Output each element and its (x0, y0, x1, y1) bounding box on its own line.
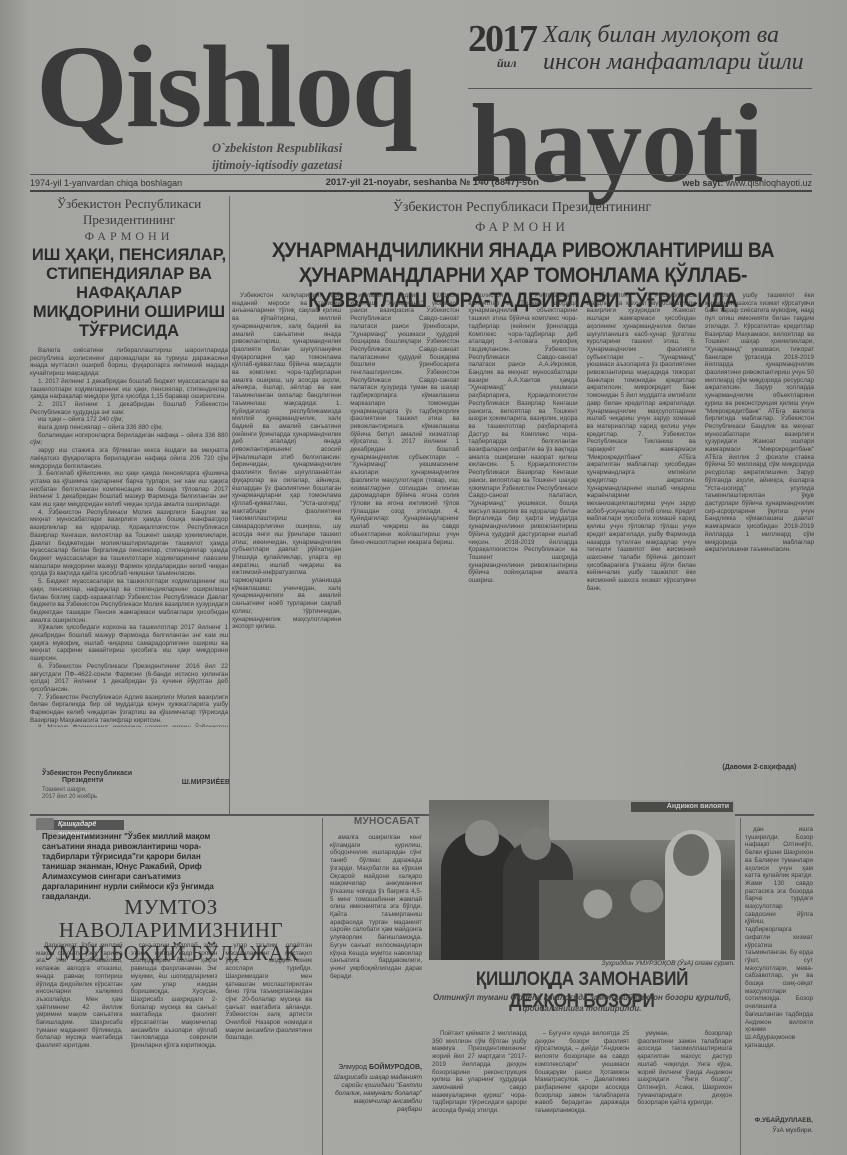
paragraph: 7. Ўзбекистон Республикаси Адлия вазирли… (30, 694, 228, 725)
paragraph: Валюта сиёсатини либераллаштириш шароитл… (30, 347, 228, 378)
signature-name: Ш.МИРЗИЁЕВ (182, 779, 230, 786)
paragraph: умуман, бозорлар фаолиятини замон талабл… (637, 1030, 732, 1107)
paragraph: 6. Ўзбекистон Республикаси Президентинин… (30, 663, 228, 694)
paragraph: санъатини қадрлаб, элда эъзоз, юртда қад… (131, 942, 218, 1050)
munosabat-byline-role: Шаҳрисабз шаҳар маданият саройи қошидаги… (330, 1074, 422, 1114)
website-label: web sayt: (682, 178, 723, 188)
paragraph: ишлаган бадиий тўловсиз киритиш. "Ҳунарм… (350, 292, 459, 546)
masthead-subtitle: O`zbekiston Respublikasi ijtimoiy-iqtiso… (212, 140, 342, 174)
paragraph: – Бугунги кунда вилоятда 25 деҳқон бозор… (535, 1030, 630, 1115)
paragraph: болаликдан ногиронларга бериладиган нафа… (30, 432, 228, 447)
region-article-lead: Президентимизнинг "Ўзбек миллий мақом са… (42, 832, 230, 902)
paragraph: улар таълим олаётган масканларнинг муста… (225, 942, 312, 1042)
slogan-line-2: инсон манфаатлари йили (543, 49, 804, 76)
paragraph: ёшга доир пенсиялар – ойига 336 880 сўм; (30, 424, 228, 432)
market-author: Ф.УБАЙДУЛЛАЕВ, (745, 1117, 813, 1124)
paragraph: 1. 2017 йилнинг 1 декабридан бошлаб бюдж… (30, 378, 228, 401)
headline-line-1: МУМТОЗ НАВОЛАРИМИЗНИНГ (30, 896, 312, 942)
subtitle-line-1: O`zbekiston Respublikasi (212, 140, 342, 157)
paragraph: полистон Республикаси, вилоятлар ва Тошк… (468, 292, 577, 585)
photo-region-badge: Андижон вилояти (631, 802, 733, 812)
column-text: ичилик ушбу ташкилот ёки жисмоний шахсга… (705, 292, 814, 762)
crafts-kicker-line: Ўзбекистон Республикаси Президентининг (232, 200, 812, 216)
byline-last-name: БОЙМУРОДОВ, (369, 1064, 422, 1071)
paragraph: Ўзбекистон халқларининг бой маданий меро… (232, 292, 341, 631)
column-divider (322, 818, 323, 1155)
paragraph: Хўжалик ҳисобидаги корхона ва ташкилотла… (30, 624, 228, 663)
photo-figure-head (465, 820, 499, 856)
decree-wages-article: Ўзбекистон Республикаси Президентининг Ф… (30, 196, 228, 752)
text-column: улар таълим олаётган масканларнинг муста… (225, 942, 312, 1152)
byline-first-name: Элмурод (338, 1064, 367, 1071)
dateline-bar: 1974-yil 1-yanvardan chiqa boshlagan 201… (30, 174, 812, 192)
paragraph: ичилик ушбу ташкилот ёки жисмоний шахсга… (705, 292, 814, 554)
signature-title-1: Ўзбекистон Республикаси (42, 770, 230, 777)
region-article-body: Дарҳақиқат, ўзбек миллий мақом санъати у… (36, 942, 312, 1152)
photo-figure-head (673, 834, 709, 876)
munosabat-text: амалга оширилган кенг кўламдаги қурилиш,… (330, 834, 422, 1054)
market-author-role: ЎзА мухбири. (745, 1127, 813, 1134)
founded-text: 1974-yil 1-yanvardan chiqa boshlagan (30, 178, 182, 188)
market-photo (429, 800, 735, 960)
decree-body: Валюта сиёсатини либераллаштириш шароитл… (30, 347, 228, 727)
market-article-continuation: дан ишга туширилди. Бозор нафақат Олтинк… (745, 826, 813, 1084)
signature-place: Тошкент шаҳри, (42, 787, 230, 794)
subtitle-line-2: ijtimoiy-iqtisodiy gazetasi (212, 157, 342, 174)
paragraph: дан ишга туширилди. Бозор нафақат Олтинк… (745, 826, 813, 1049)
crafts-decree-body: Ўзбекистон халқларининг бой маданий меро… (232, 292, 814, 776)
column-divider (229, 196, 230, 816)
market-article-body: Пойтахт қиймати 2 миллиард 350 миллион с… (432, 1030, 732, 1152)
website-url: www.qishloqhayoti.uz (726, 178, 812, 188)
masthead-year-word: йил (497, 56, 517, 71)
text-column: ичилик ушбу ташкилот ёки жисмоний шахсга… (705, 292, 814, 776)
crafts-decree-kicker: Ўзбекистон Республикаси Президентининг Ф… (232, 200, 812, 235)
text-column: Пойтахт қиймати 2 миллиард 350 миллион с… (432, 1030, 527, 1152)
market-subheadline: Олтинкўл тумани Оқтепа қишлоғида замонав… (429, 992, 735, 1014)
paragraph: Дарҳақиқат, ўзбек миллий мақом санъати у… (36, 942, 123, 1050)
slogan-line-1: Халқ билан мулоқот ва (543, 22, 804, 49)
photo-caption: Зуҳриддин УМУРЗОҚОВ (ЎзА) олган сурат. (429, 960, 735, 967)
paragraph: 8. Мазкур Фармоннинг ижросини назорат қи… (30, 724, 228, 727)
munosabat-tag: МУНОСАБАТ (322, 816, 420, 827)
website: web sayt: www.qishloqhayoti.uz (682, 178, 812, 188)
paragraph: 2. 2017 йилнинг 1 декабридан бошлаб Ўзбе… (30, 401, 228, 416)
crafts-decree-type: ФАРМОНИ (232, 219, 812, 235)
text-column: санъатини қадрлаб, элда эъзоз, юртда қад… (131, 942, 218, 1152)
decree-kicker-line-2: Президентининг (30, 212, 228, 228)
column-divider (740, 818, 741, 1155)
decree-kicker-line-1: Ўзбекистон Республикаси (30, 196, 228, 212)
signature-date: 2017 йил 20 ноябрь (42, 794, 230, 801)
masthead-slogan: Халқ билан мулоқот ва инсон манфаатлари … (543, 22, 804, 76)
text-column: полистон Республикаси, вилоятлар ва Тошк… (468, 292, 577, 776)
paragraph: Пойтахт қиймати 2 миллиард 350 миллион с… (432, 1030, 527, 1115)
munosabat-byline: Элмурод БОЙМУРОДОВ, (330, 1064, 422, 1071)
decree-type: ФАРМОНИ (30, 228, 228, 244)
newspaper-page: Qishloq 2017 йил Халқ билан мулоқот ва и… (0, 0, 847, 1155)
paragraph: 3. Белгилаб қўйилсинки, иш ҳақи ҳамда пе… (30, 470, 228, 509)
text-column: Ўзбекистон Республикаси Бандлик ва меҳна… (587, 292, 696, 776)
paragraph: зарур иш стажига эга бўлмаган кекса ёшда… (30, 447, 228, 470)
continued-link[interactable]: (Давоми 2-саҳифада) (705, 764, 814, 771)
issue-date: 2017-yil 21-noyabr, seshanba № 140 (8847… (326, 177, 539, 188)
text-column: Дарҳақиқат, ўзбек миллий мақом санъати у… (36, 942, 123, 1152)
paragraph: 5. Бюджет муассасалари ва ташкилотлари х… (30, 578, 228, 624)
masthead-year: 2017 (468, 20, 536, 58)
paragraph: 4. Ўзбекистон Республикаси Молия вазирли… (30, 509, 228, 578)
paragraph: Ўзбекистон Республикаси Бандлик ва меҳна… (587, 292, 696, 592)
paragraph: амалга оширилган кенг кўламдаги қурилиш,… (330, 834, 422, 980)
text-column: умуман, бозорлар фаолиятини замон талабл… (637, 1030, 732, 1152)
text-column: – Бугунги кунда вилоятда 25 деҳқон бозор… (535, 1030, 630, 1152)
text-column: ишлаган бадиий тўловсиз киритиш. "Ҳунарм… (350, 292, 459, 776)
photo-figure-head (521, 828, 551, 860)
text-column: Ўзбекистон халқларининг бой маданий меро… (232, 292, 341, 776)
paragraph: иш ҳақи – ойига 172 240 сўм; (30, 416, 228, 424)
masthead-title-qishloq: Qishloq (36, 28, 416, 146)
decree-signature: Ўзбекистон Республикаси Президенти Ш.МИР… (42, 770, 230, 814)
decree-headline: ИШ ҲАҚИ, ПЕНСИЯЛАР, СТИПЕНДИЯЛАР ВА НАФА… (30, 246, 228, 341)
region-tag: Қашқадарё вилояти (36, 820, 124, 830)
